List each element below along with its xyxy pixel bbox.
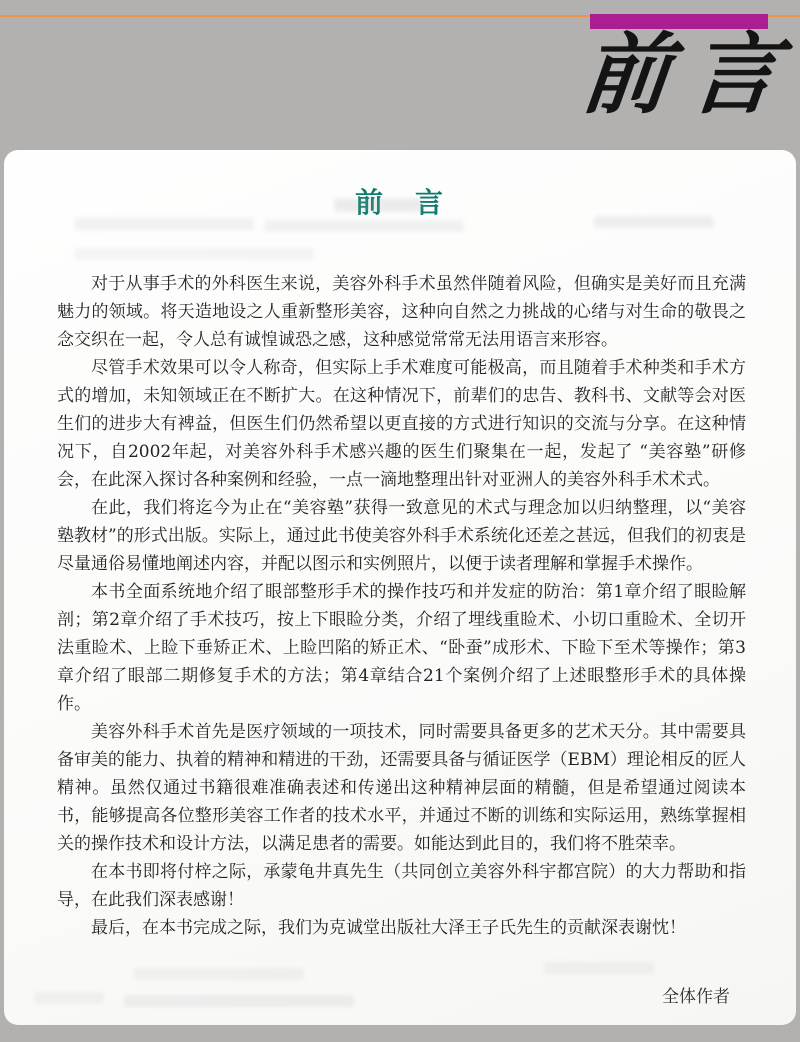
bleed-through-artifact xyxy=(124,995,354,1007)
preface-paragraph: 尽管手术效果可以令人称奇，但实际上手术难度可能极高，而且随着手术种类和手术方式的… xyxy=(57,354,746,494)
preface-paragraph: 对于从事手术的外科医生来说，美容外科手术虽然伴随着风险，但确实是美好而且充满魅力… xyxy=(57,270,746,354)
bleed-through-artifact xyxy=(264,220,464,232)
banner-chapter-title: 前言 xyxy=(577,26,800,123)
bleed-through-artifact xyxy=(74,248,314,260)
authors-signature: 全体作者 xyxy=(662,982,730,1007)
preface-paragraph: 在本书即将付梓之际，承蒙龟井真先生（共同创立美容外科宇都宫院）的大力帮助和指导，… xyxy=(57,858,746,914)
preface-paragraph: 本书全面系统地介绍了眼部整形手术的操作技巧和并发症的防治：第1章介绍了眼睑解剖；… xyxy=(57,578,746,718)
preface-paragraph: 在此，我们将迄今为止在“美容塾”获得一致意见的术式与理念加以归纳整理，以“美容塾… xyxy=(57,494,746,578)
page-title: 前 言 xyxy=(4,181,796,221)
preface-paragraph: 美容外科手术首先是医疗领域的一项技术，同时需要具备更多的艺术天分。其中需要具备审… xyxy=(57,718,746,858)
preface-paragraph: 最后，在本书完成之际，我们为克诚堂出版社大泽王子氏先生的贡献深表谢忱！ xyxy=(57,914,746,942)
bleed-through-artifact xyxy=(34,992,104,1004)
bleed-through-artifact xyxy=(134,968,304,980)
scanned-book-spread: { "banner": { "title": "前言", "background… xyxy=(0,0,800,1042)
preface-text-block: 对于从事手术的外科医生来说，美容外科手术虽然伴随着风险，但确实是美好而且充满魅力… xyxy=(57,270,746,942)
bleed-through-artifact xyxy=(544,962,654,974)
chapter-banner: 前言 xyxy=(0,0,800,150)
book-page: 前 言 对于从事手术的外科医生来说，美容外科手术虽然伴随着风险，但确实是美好而且… xyxy=(4,150,796,1025)
